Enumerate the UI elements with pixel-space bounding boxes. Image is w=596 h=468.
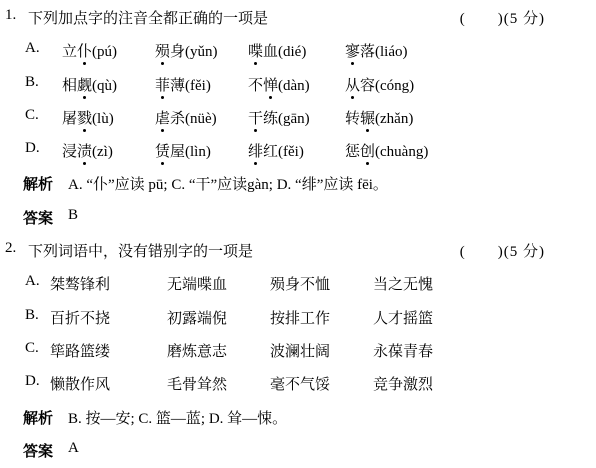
question-2-option-b: B. 百折不挠 初露端倪 按排工作 人才摇篮: [0, 307, 596, 340]
option-label: D.: [25, 373, 50, 390]
question-1-answer-row: 答案 B: [0, 207, 596, 240]
option-label: A.: [25, 40, 62, 57]
option-word: 波澜壮阔: [270, 340, 373, 361]
option-word: 转辗(zhǎn): [345, 107, 413, 128]
answer-label: 答案: [23, 440, 68, 461]
question-2-stem-row: 2. 下列词语中，没有错别字的一项是 ( )(5 分): [0, 240, 596, 273]
option-word: 初露端倪: [167, 307, 270, 328]
option-word: 当之无愧: [373, 273, 433, 294]
question-2-option-c: C. 筚路篮缕 磨炼意志 波澜壮阔 永葆青春: [0, 340, 596, 373]
option-word: 桀骜锋利: [50, 273, 167, 294]
option-label: A.: [25, 273, 50, 290]
option-word: 惩创(chuàng): [345, 140, 428, 161]
question-number: 2.: [5, 240, 28, 257]
question-stem: 下列加点字的注音全都正确的一项是: [28, 7, 460, 28]
analysis-text: B. 按—安; C. 篮—蓝; D. 耸—悚。: [68, 407, 287, 428]
question-stem: 下列词语中，没有错别字的一项是: [28, 240, 460, 261]
question-2-analysis-row: 解析 B. 按—安; C. 篮—蓝; D. 耸—悚。: [0, 407, 596, 440]
option-label: B.: [25, 307, 50, 324]
option-word: 殒身(yǔn): [155, 40, 248, 61]
question-2: 2. 下列词语中，没有错别字的一项是 ( )(5 分) A. 桀骜锋利 无端喋血…: [0, 240, 596, 468]
option-label: B.: [25, 74, 62, 91]
option-word: 百折不挠: [50, 307, 167, 328]
option-word: 无端喋血: [167, 273, 270, 294]
option-word: 从容(cóng): [345, 74, 414, 95]
question-2-option-a: A. 桀骜锋利 无端喋血 殒身不恤 当之无愧: [0, 273, 596, 306]
question-2-option-d: D. 懒散作风 毛骨耸然 毫不气馁 竞争激烈: [0, 373, 596, 406]
option-word: 懒散作风: [50, 373, 167, 394]
question-1-stem-row: 1. 下列加点字的注音全都正确的一项是 ( )(5 分): [0, 7, 596, 40]
option-word: 毛骨耸然: [167, 373, 270, 394]
option-word: 寥落(liáo): [345, 40, 408, 61]
option-word: 磨炼意志: [167, 340, 270, 361]
option-word: 相觑(qù): [62, 74, 155, 95]
option-word: 绯红(fěi): [248, 140, 345, 161]
option-word: 殒身不恤: [270, 273, 373, 294]
answer-value: A: [68, 440, 79, 457]
answer-blank-and-score: ( )(5 分): [460, 7, 596, 28]
question-1-option-d: D. 浸渍(zì) 赁屋(lìn) 绯红(fěi) 惩创(chuàng): [0, 140, 596, 173]
option-word: 筚路篮缕: [50, 340, 167, 361]
option-word: 菲薄(fěi): [155, 74, 248, 95]
question-2-answer-row: 答案 A: [0, 440, 596, 468]
question-1-option-b: B. 相觑(qù) 菲薄(fěi) 不惮(dàn) 从容(cóng): [0, 74, 596, 107]
option-label: C.: [25, 340, 50, 357]
option-word: 人才摇篮: [373, 307, 433, 328]
option-label: C.: [25, 107, 62, 124]
option-word: 毫不气馁: [270, 373, 373, 394]
analysis-label: 解析: [23, 407, 68, 428]
option-word: 竞争激烈: [373, 373, 433, 394]
option-word: 立仆(pú): [62, 40, 155, 61]
question-1-analysis-row: 解析 A. “仆”应读 pū; C. “干”应读gàn; D. “绯”应读 fē…: [0, 173, 596, 206]
analysis-label: 解析: [23, 173, 68, 194]
option-word: 浸渍(zì): [62, 140, 155, 161]
option-word: 干练(gān): [248, 107, 345, 128]
answer-label: 答案: [23, 207, 68, 228]
question-1-option-a: A. 立仆(pú) 殒身(yǔn) 喋血(dié) 寥落(liáo): [0, 40, 596, 73]
question-1: 1. 下列加点字的注音全都正确的一项是 ( )(5 分) A. 立仆(pú) 殒…: [0, 7, 596, 240]
option-word: 永葆青春: [373, 340, 433, 361]
question-number: 1.: [5, 7, 28, 24]
option-label: D.: [25, 140, 62, 157]
option-word: 虐杀(nüè): [155, 107, 248, 128]
question-1-option-c: C. 屠戮(lù) 虐杀(nüè) 干练(gān) 转辗(zhǎn): [0, 107, 596, 140]
analysis-text: A. “仆”应读 pū; C. “干”应读gàn; D. “绯”应读 fēi。: [68, 173, 388, 194]
option-word: 喋血(dié): [248, 40, 345, 61]
option-word: 赁屋(lìn): [155, 140, 248, 161]
option-word: 屠戮(lù): [62, 107, 155, 128]
option-word: 按排工作: [270, 307, 373, 328]
answer-value: B: [68, 207, 78, 224]
answer-blank-and-score: ( )(5 分): [460, 240, 596, 261]
option-word: 不惮(dàn): [248, 74, 345, 95]
